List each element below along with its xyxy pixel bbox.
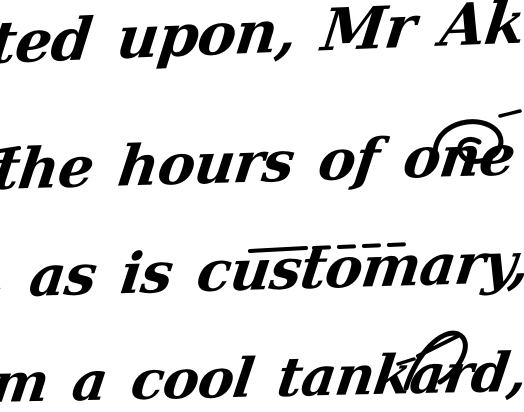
handwriting-line-4: m a cool tankard, t (0, 344, 524, 410)
stray-pen-tick (498, 108, 524, 120)
handwriting-line-3: , as is customary, (0, 235, 524, 306)
handwriting-line-2: the hours of one and (0, 123, 524, 198)
handwriting-line-1: ted upon, Mr Akerm (0, 0, 524, 72)
manuscript-page: ted upon, Mr Akerm the hours of one and … (0, 0, 524, 412)
